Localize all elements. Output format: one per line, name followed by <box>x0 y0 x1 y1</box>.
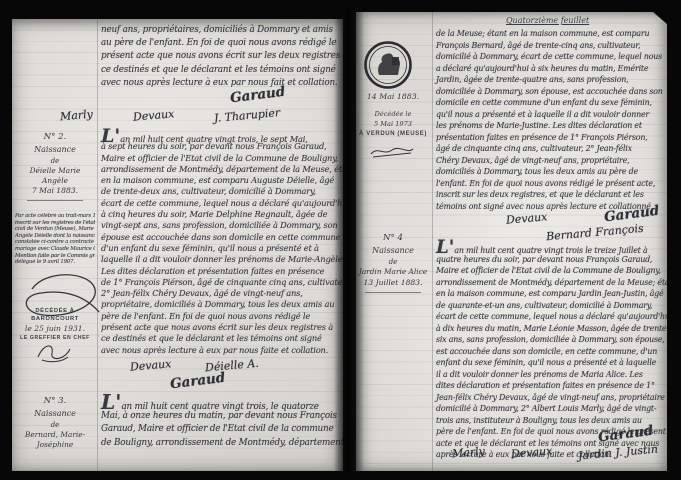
act-date: 7 Mai 1883. <box>16 185 94 197</box>
manuscript-line: 2° Jean-félix Chéry Devaux, âgé de vingt… <box>101 288 343 299</box>
act-type: Naissance <box>16 408 94 420</box>
death-place: à VERDUN (Meuse) <box>356 129 430 139</box>
witness-signature: Devaux <box>510 444 552 461</box>
manuscript-line: avec nous après lecture à eux par nous f… <box>101 345 343 356</box>
act-type: Naissance <box>16 144 94 156</box>
act-de: de <box>16 156 94 166</box>
manuscript-line: à dix heures du matin, Marie Léonie Mass… <box>436 323 664 335</box>
manuscript-line: l'enfant. En foi de quoi nous avons rédi… <box>436 178 662 190</box>
manuscript-line: âgé de cinquante cinq ans, cultivateur, … <box>436 143 662 155</box>
witness-signature: Devaux <box>130 357 172 374</box>
manuscript-line: présent acte que nous avons écrit sur le… <box>101 50 339 63</box>
act-text-block: L'an mil huit cent quatre vingt trois, l… <box>101 130 343 356</box>
act-de: de <box>356 257 430 267</box>
death-stamp-place: Décédée à Baroncourt <box>14 307 96 323</box>
act-date: 13 Juillet 1883. <box>356 277 430 289</box>
manuscript-line: propriétaire, domiciliés à Dommary, tous… <box>101 299 343 310</box>
register-right-page: Quatorzième feuillet 14 Mai 1883. Décédé… <box>356 12 667 471</box>
margin-note-act4: N° 4 Naissance de Jardin Marie Alice 13 … <box>356 232 430 293</box>
manuscript-line: en la maison commune, est comparu Jardin… <box>436 288 664 300</box>
manuscript-line: Maire et officier de l'Etat civil de la … <box>101 153 343 164</box>
manuscript-line: de Bouligny, arrondissement de Montmédy,… <box>101 437 341 451</box>
manuscript-line: domicile en cette commune d'un enfant du… <box>436 97 662 109</box>
greffier-paraph <box>34 341 74 363</box>
mention-line: civil de Verdun (Meuse), Marie <box>15 226 95 233</box>
manuscript-line: est accouchée dans son domicile, en cett… <box>436 346 664 358</box>
manuscript-line: il a dit vouloir donner les prénoms de M… <box>436 369 664 381</box>
mention-line: Angèle Déielle dont la naissance est <box>15 233 95 240</box>
act-text-block: de la Meuse; étant en la maison commune,… <box>436 28 662 212</box>
margin-act-date: 14 Mai 1883. <box>356 92 430 101</box>
act-text-block: neuf ans, propriétaires, domiciliés à Do… <box>101 24 339 90</box>
folio-header: Quatorzième feuillet <box>506 16 589 25</box>
manuscript-line: François Bernard, âgé de trente-cinq ans… <box>436 40 662 52</box>
manuscript-line: de la Meuse; étant en la maison commune,… <box>436 28 662 40</box>
witness-signature: Marly <box>59 108 93 124</box>
child-name: Jardin Marie Alice <box>356 267 430 277</box>
manuscript-line: a déclaré qu'aujourd'hui à six heures du… <box>436 63 662 75</box>
manuscript-line: Les dites déclaration et présentation fa… <box>101 266 343 277</box>
mention-line: mariage avec Claude Maurice Girard. <box>15 246 95 253</box>
manuscript-line: dites déclaration et présentation faites… <box>436 380 664 392</box>
manuscript-line: trois ans, instituteur à Bouligny, tous … <box>436 415 664 427</box>
manuscript-line: de 1° François Piérson, âgé de cinquante… <box>101 277 343 288</box>
manuscript-line: Maire et officier de l'Etat civil de la … <box>436 265 664 277</box>
manuscript-line: L'an mil huit cent quatre vingt trois, l… <box>101 130 343 141</box>
witness-signature-row: MarlyDevauxJardin J. Justin <box>452 446 658 459</box>
manuscript-line: Jardin, âgée de trente-quatre ans, sans … <box>436 74 662 86</box>
death-mention-block: Décédée le5 Mai 1973 à VERDUN (Meuse) <box>356 110 430 139</box>
death-mention-line: 5 Mai 1973 <box>356 120 430 130</box>
manuscript-line: de quarante-et-un ans, cultivateur, domi… <box>436 300 664 312</box>
margin-signature-squiggle <box>368 144 416 160</box>
manuscript-line: quatre heures du soir, par devant nous F… <box>436 254 664 266</box>
manuscript-line: épouse est accouchée dans son domicile e… <box>101 232 343 243</box>
margin-note-act3: N° 3. Naissance de Bernard, Marie-Joséph… <box>16 395 94 449</box>
witness-signature: Devaux <box>132 107 174 124</box>
manuscript-line: qu'il nous a présenté et à laquelle il a… <box>436 109 662 121</box>
mention-line: Par acte célébré au trait-mars 1907, <box>15 213 95 220</box>
manuscript-line: à cinq heures du soir, Marie Delphine Re… <box>101 209 343 220</box>
manuscript-line: écart de cette commune, lequel nous a dé… <box>436 311 664 323</box>
manuscript-line: ce destinés et que le déclarant et les t… <box>101 64 339 77</box>
manuscript-line: avec nous après lecture à eux par nous f… <box>101 77 339 90</box>
act-type: Naissance <box>356 245 430 257</box>
act-number: N° 2. <box>16 131 94 144</box>
manuscript-line: de trente-deux ans, cultivateur, domicil… <box>101 186 343 197</box>
margin-underline <box>365 292 421 293</box>
death-mention-line: Décédée le <box>356 110 430 120</box>
manuscript-line: présentation faites en présence de 1° Fr… <box>436 132 662 144</box>
manuscript-line: domicilié à Dommary, écart de cette comm… <box>436 51 662 63</box>
manuscript-line: L'an mil huit cent quatre vingt trois le… <box>436 242 664 254</box>
manuscript-line: écart de cette commune, lequel nous a dé… <box>101 198 343 209</box>
witness-signature: Devaux <box>506 210 548 227</box>
witness-signature-row: DevauxDéielle A. <box>130 359 259 372</box>
mention-line: constatée ci-contre a contracté <box>15 239 95 246</box>
manuscript-line: domicilié à Dommary, 2° Albert Louis Mar… <box>436 403 664 415</box>
margin-note-act2: N° 2. Naissance de Déielle Marie Angèle … <box>16 131 94 201</box>
mention-line: inscrit sur les registres de l'état <box>15 220 95 227</box>
act-number: N° 3. <box>16 395 94 408</box>
manuscript-line: Jean-félix Chéry Devaux, âgé de vingt-ne… <box>436 392 664 404</box>
manuscript-line: présent acte que nous avons écrit sur le… <box>101 322 343 333</box>
manuscript-line: six ans, sans profession, domiciliée à D… <box>436 334 664 346</box>
manuscript-line: à sept heures du soir, par devant nous F… <box>101 141 343 152</box>
witness-signature: Marly <box>451 445 485 461</box>
witness-signature-row: MarlyDevauxJ. Tharupier <box>60 109 320 122</box>
child-name: Déielle Marie Angèle <box>16 166 94 185</box>
manuscript-line: domiciliée à Dommary, son épouse, est ac… <box>436 86 662 98</box>
manuscript-line: les prénoms de Marie-Justine. Les dites … <box>436 120 662 132</box>
margin-rule <box>97 19 98 471</box>
manuscript-line: ce destinés et que le déclarant et les t… <box>101 333 343 344</box>
manuscript-line: neuf ans, propriétaires, domiciliés à Do… <box>101 24 339 37</box>
manuscript-line: vingt-sept ans, sans profession, domicil… <box>101 220 343 231</box>
manuscript-line: domiciliés à Dommary, tous les deux amis… <box>436 166 662 178</box>
manuscript-line: laquelle il a dit vouloir donner les pré… <box>101 254 343 265</box>
margin-rule <box>432 12 433 471</box>
manuscript-line: père de l'enfant. En foi de quoi nous av… <box>101 311 343 322</box>
manuscript-line: Garaud, Maire et officier de l'Etat civi… <box>101 423 341 437</box>
death-stamp-block: Décédée à Baroncourt le 25 juin 1931. Le… <box>14 307 96 342</box>
binding-gutter <box>334 8 364 472</box>
margin-underline <box>27 200 83 201</box>
manuscript-line: Chéry Devaux, âgé de vingt-neuf ans, pro… <box>436 155 662 167</box>
death-mention-lines: Décédée le5 Mai 1973 <box>356 110 430 129</box>
act-de: de <box>16 420 94 430</box>
manuscript-line: arrondissement de Montmédy, département … <box>436 277 664 289</box>
act-number: N° 4 <box>356 232 430 245</box>
officiant-signature: Garaud <box>169 370 226 393</box>
witness-signature: J. Tharupier <box>214 106 281 125</box>
manuscript-line: Mai, à onze heures du matin, par devant … <box>101 410 341 424</box>
marriage-mention-note: Par acte célébré au trait-mars 1907,insc… <box>15 213 95 266</box>
manuscript-line: L'an mil huit cent quatre vingt trois, l… <box>101 396 341 410</box>
manuscript-line: d'un enfant du sexe féminin, qu'il nous … <box>101 243 343 254</box>
manuscript-line: en la maison commune, est comparu August… <box>101 175 343 186</box>
witness-signature: Bernard François <box>546 222 645 243</box>
manuscript-line: au père de l'enfant. En foi de quoi nous… <box>101 37 339 50</box>
circular-official-seal <box>362 38 414 92</box>
manuscript-line: inscrit sur les deux registres, et que l… <box>436 189 662 201</box>
scan-corner-shadow <box>639 0 681 36</box>
manuscript-line: arrondissement de Montmédy, département … <box>101 164 343 175</box>
register-left-page: neuf ans, propriétaires, domiciliés à Do… <box>12 19 343 471</box>
child-name: Bernard, Marie-Joséphine <box>16 430 94 449</box>
mention-line: délégué le 9 avril 1907. <box>15 259 95 266</box>
act-text-block: L'an mil huit cent quatre vingt trois, l… <box>101 396 341 450</box>
mention-line: Mention faite par le Commis greffier <box>15 253 95 260</box>
death-stamp-date: le 25 juin 1931. <box>14 323 96 334</box>
manuscript-line: enfant du sexe féminin, qu'il nous a pré… <box>436 357 664 369</box>
